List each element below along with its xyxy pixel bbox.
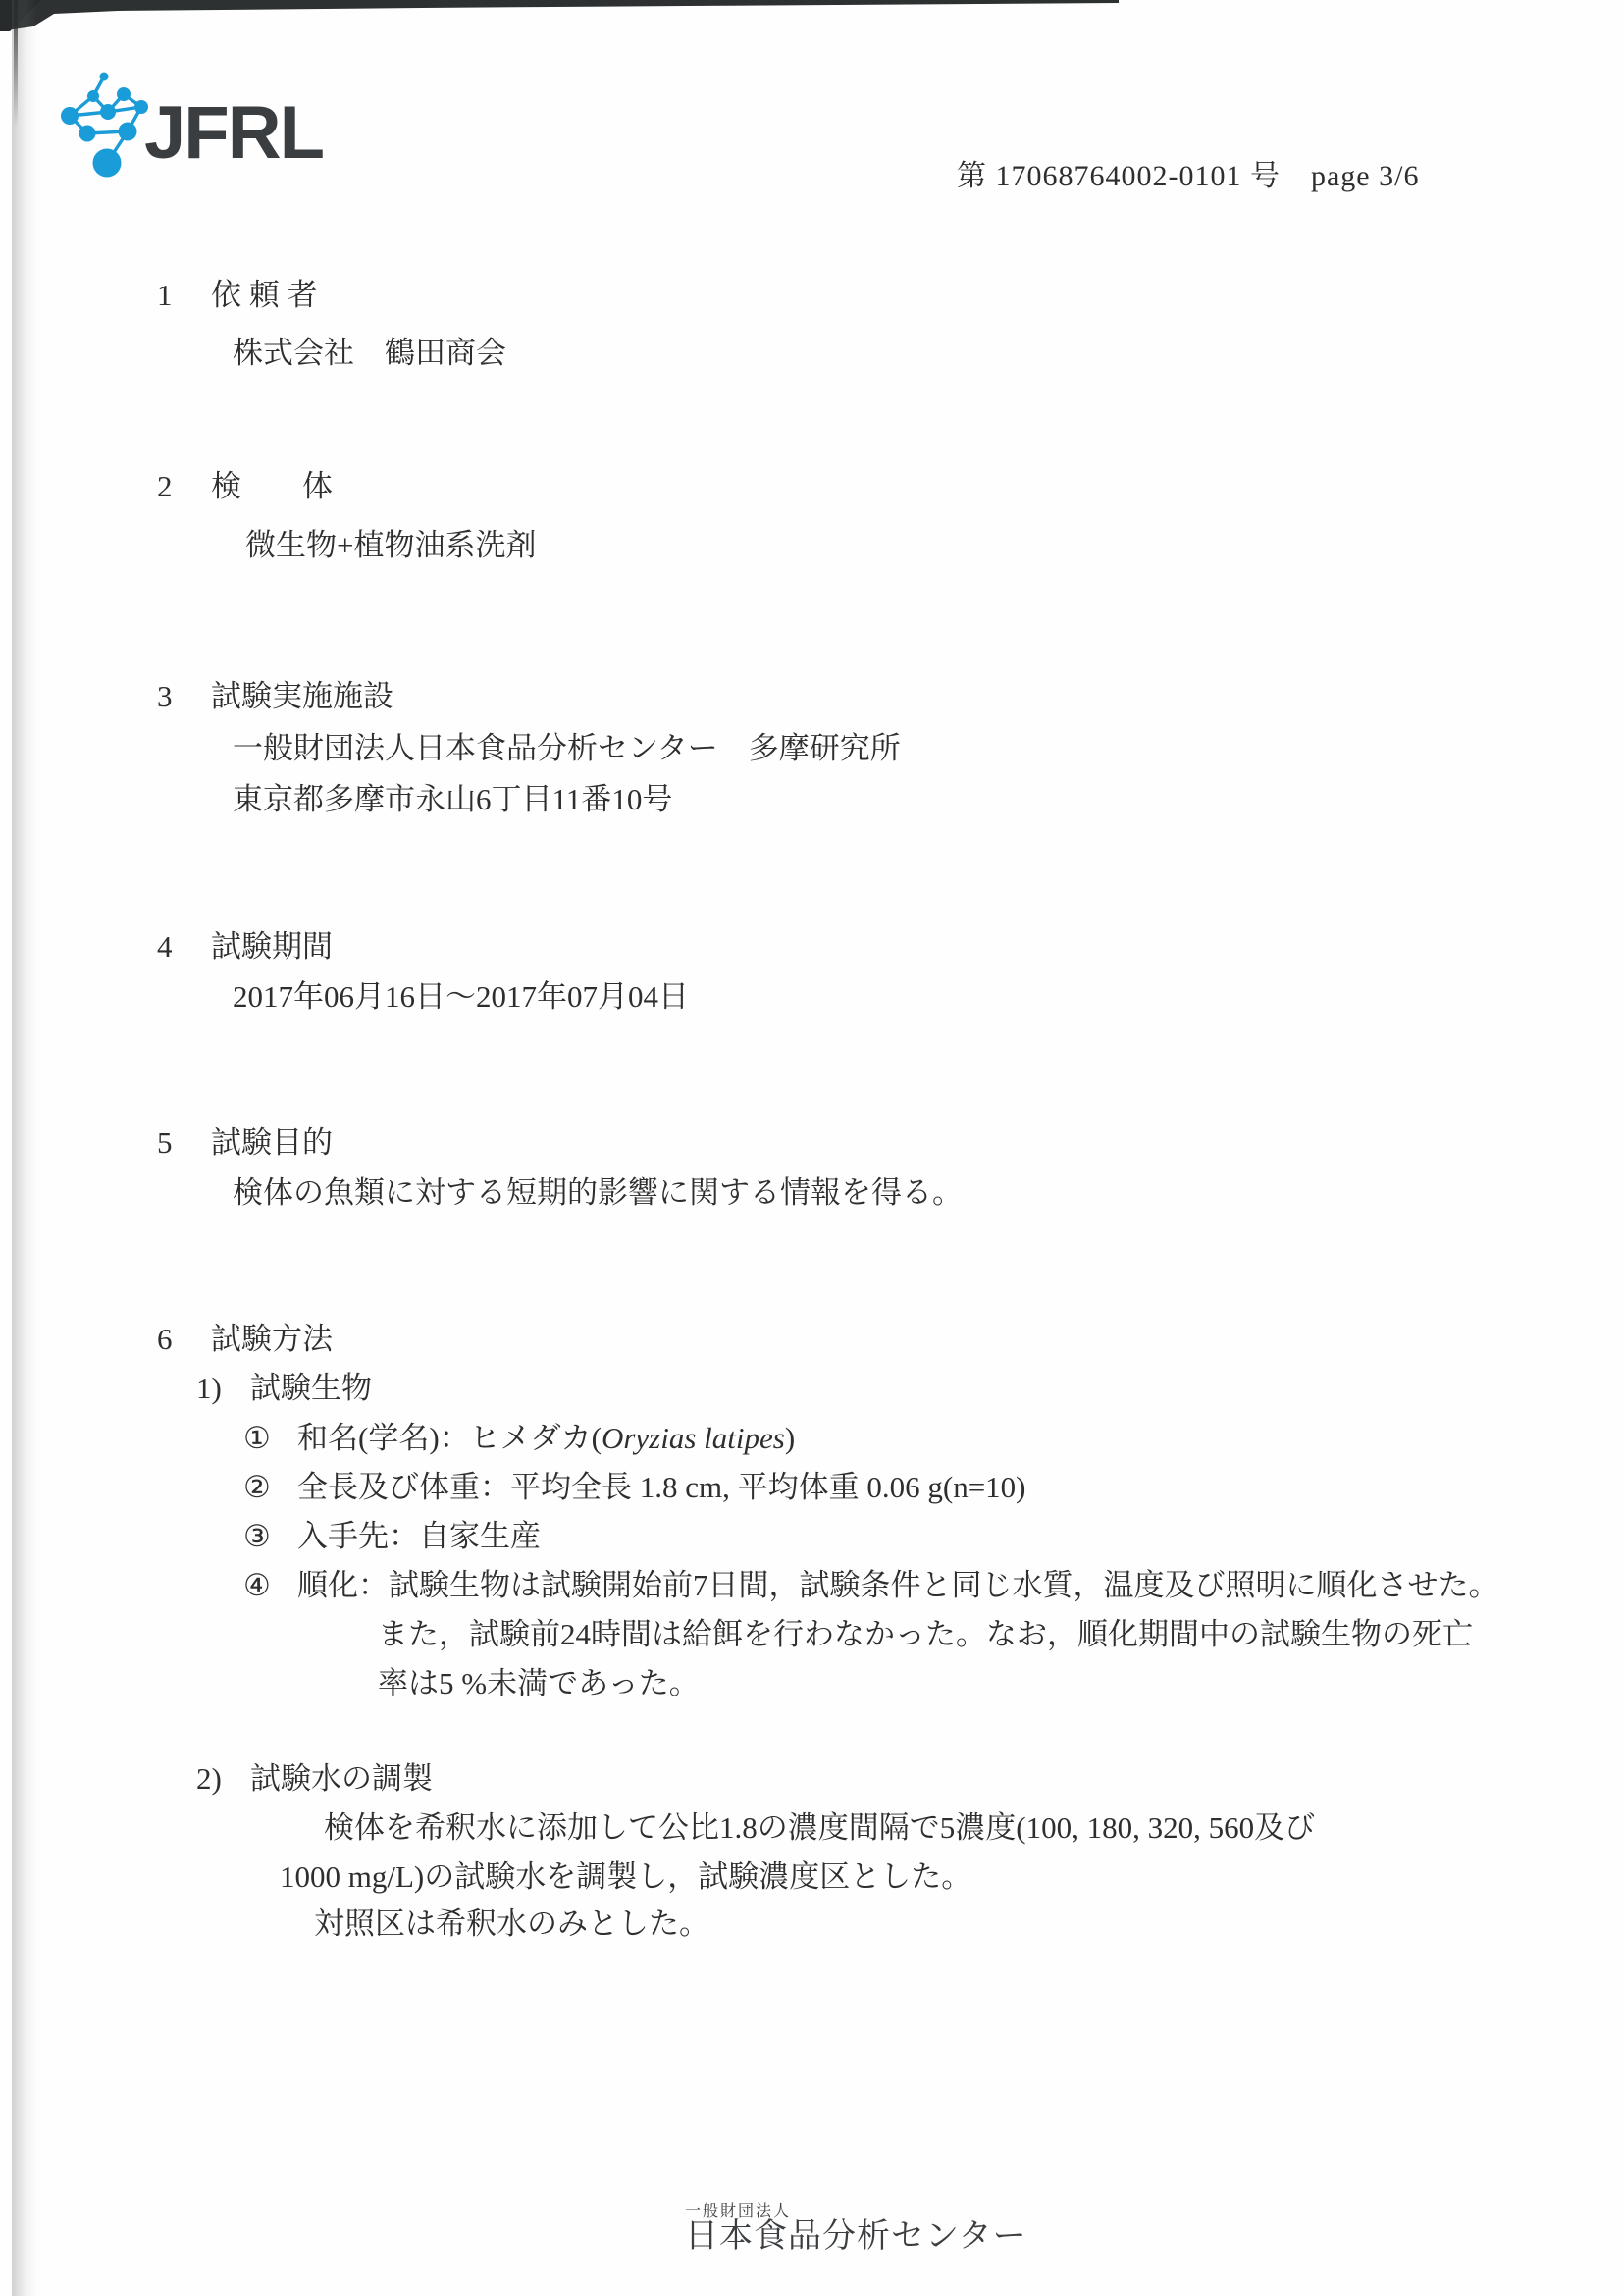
acclimation-text: 順化：試験生物は試験開始前7日間，試験条件と同じ水質，温度及び照明に順化させた。 [297, 1568, 1499, 1602]
test-purpose: 検体の魚類に対する短期的影響に関する情報を得る。 [233, 1175, 963, 1211]
section-3-number: 3 [157, 679, 211, 714]
organism-size-line: ②全長及び体重：平均全長 1.8 cm, 平均体重 0.06 g(n=10) [243, 1470, 1026, 1505]
footer-org-name: 日本食品分析センター [685, 2219, 1027, 2255]
section-5-title: 試験目的 [211, 1125, 333, 1160]
section-5-heading: 5試験目的 [157, 1125, 333, 1161]
subsection-2-number: 2) [196, 1761, 250, 1797]
jfrl-logo-icon [57, 69, 150, 187]
section-3-title: 試験実施施設 [211, 679, 393, 713]
section-4-heading: 4試験期間 [157, 929, 333, 965]
section-4-number: 4 [157, 929, 211, 965]
scan-artifact-left-gutter [12, 0, 37, 2296]
circled-2-marker: ② [243, 1470, 297, 1505]
section-6-number: 6 [157, 1322, 211, 1357]
doc-number: 第 17068764002-0101 号 page 3/6 [957, 160, 1419, 194]
jfrl-logo-wordmark: JFRL [144, 96, 323, 171]
footer-logotype: 一般財団法人 日本食品分析センター [685, 2204, 1027, 2255]
scanned-report-page: JFRL 第 17068764002-0101 号 page 3/6 1依 頼 … [0, 0, 1623, 2296]
scientific-name: Oryzias latipes [602, 1421, 785, 1455]
organism-name-post: ) [785, 1421, 795, 1455]
scan-artifact-left-line [14, 0, 18, 128]
acclimation-line-2: また，試験前24時間は給餌を行わなかった。なお，順化期間中の試験生物の死亡 [378, 1617, 1473, 1652]
section-2-title: 検 体 [211, 469, 333, 503]
circled-3-marker: ③ [243, 1519, 297, 1554]
facility-address: 東京都多摩市永山6丁目11番10号 [233, 782, 672, 817]
section-2-heading: 2検 体 [157, 469, 333, 504]
organism-source-text: 入手先：自家生産 [297, 1519, 541, 1553]
subsection-2-title: 試験水の調製 [250, 1761, 433, 1796]
section-2-number: 2 [157, 469, 211, 504]
acclimation-line-1: ④順化：試験生物は試験開始前7日間，試験条件と同じ水質，温度及び照明に順化させた… [243, 1568, 1499, 1603]
test-water-line-2: 1000 mg/L)の試験水を調製し，試験濃度区とした。 [280, 1859, 971, 1895]
subsection-1-title: 試験生物 [250, 1371, 372, 1405]
control-group-line: 対照区は希釈水のみとした。 [314, 1906, 709, 1942]
organism-name-pre: 和名(学名)：ヒメダカ( [297, 1421, 602, 1455]
sample-name: 微生物+植物油系洗剤 [245, 528, 536, 563]
client-name: 株式会社 鶴田商会 [233, 336, 506, 371]
section-6-title: 試験方法 [211, 1322, 333, 1356]
section-3-heading: 3試験実施施設 [157, 679, 393, 714]
section-1-title: 依 頼 者 [211, 278, 318, 312]
organism-source-line: ③入手先：自家生産 [243, 1519, 541, 1554]
section-5-number: 5 [157, 1125, 211, 1161]
subsection-1-number: 1) [196, 1371, 250, 1406]
test-water-line-1: 検体を希釈水に添加して公比1.8の濃度間隔で5濃度(100, 180, 320,… [324, 1810, 1315, 1846]
section-6-heading: 6試験方法 [157, 1322, 333, 1357]
test-period: 2017年06月16日～2017年07月04日 [233, 979, 689, 1015]
section-1-number: 1 [157, 278, 211, 313]
subsection-2-heading: 2)試験水の調製 [196, 1761, 433, 1797]
section-4-title: 試験期間 [211, 929, 333, 964]
scan-artifact-top-band [0, 0, 1119, 31]
organism-size-text: 全長及び体重：平均全長 1.8 cm, 平均体重 0.06 g(n=10) [297, 1470, 1026, 1504]
circled-1-marker: ① [243, 1421, 297, 1456]
facility-name: 一般財団法人日本食品分析センター 多摩研究所 [233, 731, 901, 766]
circled-4-marker: ④ [243, 1568, 297, 1603]
section-1-heading: 1依 頼 者 [157, 278, 318, 313]
subsection-1-heading: 1)試験生物 [196, 1371, 372, 1406]
organism-name-line: ①和名(学名)：ヒメダカ(Oryzias latipes) [243, 1421, 795, 1456]
acclimation-line-3: 率は5 %未満であった。 [378, 1666, 700, 1701]
